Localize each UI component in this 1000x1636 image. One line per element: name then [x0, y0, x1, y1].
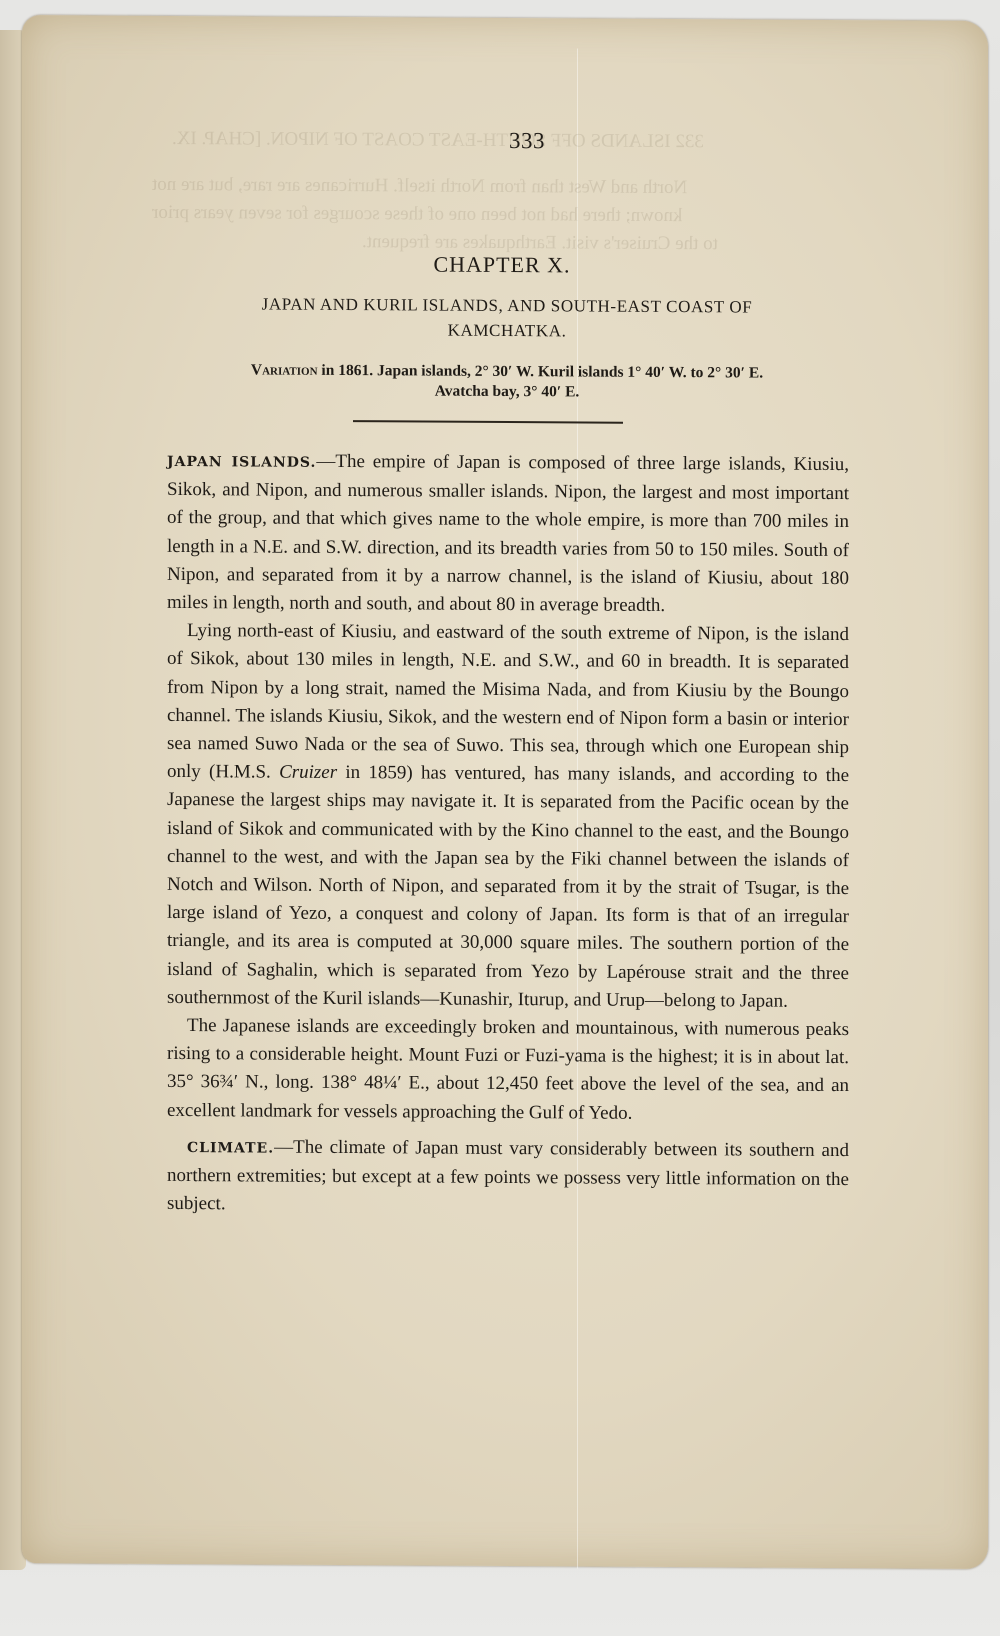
paragraph-text: Lying north-east of Kiusiu, and eastward…: [167, 620, 849, 783]
paragraph-sikok: Lying north-east of Kiusiu, and eastward…: [167, 617, 849, 1016]
chapter-subtitle-line: JAPAN AND KURIL ISLANDS, AND SOUTH-EAST …: [207, 291, 807, 320]
show-through-line: North and West than from North itself. H…: [152, 174, 687, 199]
paragraph-text: —The empire of Japan is composed of thre…: [167, 451, 849, 616]
section-divider-rule: [353, 420, 623, 424]
body-text: Japan Islands.—The empire of Japan is co…: [167, 447, 849, 1223]
chapter-subtitle: JAPAN AND KURIL ISLANDS, AND SOUTH-EAST …: [207, 291, 807, 345]
section-heading-japan-islands: Japan Islands.: [167, 454, 316, 471]
chapter-title: CHAPTER X.: [167, 250, 837, 280]
show-through-running-head: 332 ISLANDS OFF SOUTH-EAST COAST OF NIPO…: [172, 128, 704, 153]
ship-name: Cruizer: [279, 762, 337, 783]
show-through-line: known; there had not been one of these s…: [152, 202, 682, 227]
paragraph-japan-islands: Japan Islands.—The empire of Japan is co…: [167, 447, 849, 621]
magnetic-variation-note: Variation in 1861. Japan islands, 2° 30′…: [167, 360, 847, 404]
paragraph-text: in 1859) has ventured, has many islands,…: [167, 762, 849, 1011]
section-heading-climate: Climate.: [187, 1140, 274, 1157]
book-page: 332 ISLANDS OFF SOUTH-EAST COAST OF NIPO…: [22, 15, 988, 1569]
paragraph-climate: Climate.—The climate of Japan must vary …: [167, 1133, 849, 1223]
variation-line: Variation in 1861. Japan islands, 2° 30′…: [167, 360, 847, 384]
variation-label: Variation: [251, 361, 318, 378]
variation-values: in 1861. Japan islands, 2° 30′ W. Kuril …: [318, 362, 764, 382]
chapter-subtitle-line: KAMCHATKA.: [207, 316, 807, 345]
page-number: 333: [502, 128, 552, 154]
variation-line: Avatcha bay, 3° 40′ E.: [167, 380, 847, 404]
paragraph-mountains: The Japanese islands are exceedingly bro…: [167, 1012, 849, 1129]
